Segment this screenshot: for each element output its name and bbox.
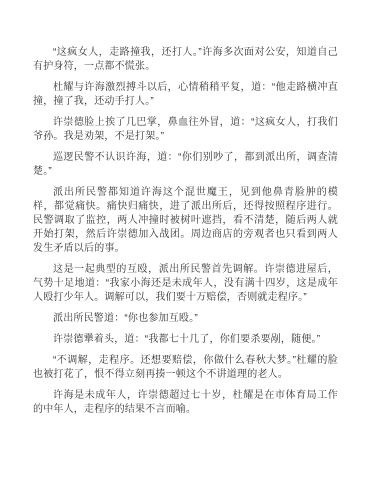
paragraph: 派出所民警都知道许海这个混世魔王，见到他鼻青脸肿的模样，都觉痛快。痛快归痛快，进… [33,186,338,256]
paragraph: 巡逻民警不认识许海，道：“你们别吵了，都到派出所，调查清楚。” [33,151,338,179]
paragraph: “这疯女人，走路撞我，还打人。”许海多次面对公安，知道自己有护身符，一点都不慌张… [33,46,338,74]
paragraph: “不调解，走程序。还想要赔偿，你做什么春秋大梦。”杜耀的脸也被打花了，恨不得立刻… [33,354,338,382]
paragraph: 派出所民警道：“你也参加互殴。” [33,312,338,326]
reader-page: “这疯女人，走路撞我，还打人。”许海多次面对公安，知道自己有护身符，一点都不慌张… [0,0,370,480]
paragraph: 杜耀与许海激烈搏斗以后，心情稍稍平复，道：“他走路横冲直撞，撞了我，还动手打人。… [33,81,338,109]
paragraph: 许海是未成年人，许崇德超过七十岁，杜耀是在市体育局工作的中年人，走程序的结果不言… [33,389,338,417]
paragraph: 许崇德犟着头，道：“我都七十几了，你们要杀要剐，随便。” [33,333,338,347]
paragraph: 这是一起典型的互殴，派出所民警首先调解。许崇德进屋后，气势十足地道：“我家小海还… [33,263,338,305]
paragraph: 许崇德脸上挨了几巴掌，鼻血往外冒，道：“这疯女人，打我们爷孙。我是劝架，不是打架… [33,116,338,144]
